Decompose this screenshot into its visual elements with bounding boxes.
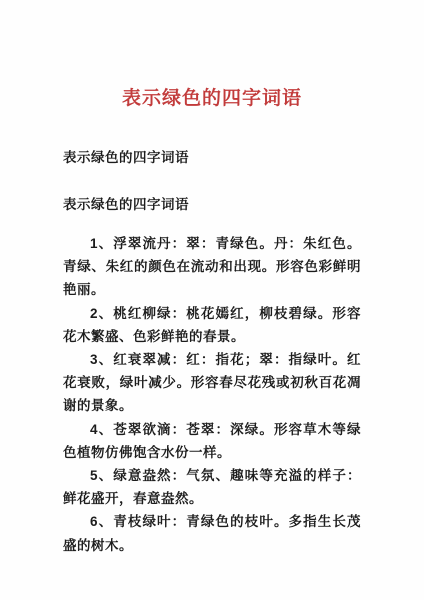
document-page: 表示绿色的四字词语 表示绿色的四字词语 表示绿色的四字词语 1、浮翠流丹：翠：青… <box>0 0 424 600</box>
document-title: 表示绿色的四字词语 <box>0 83 424 110</box>
definition-item: 3、红衰翠减：红：指花；翠：指绿叶。红花衰败，绿叶减少。形容春尽花残或初秋百花凋… <box>63 348 361 418</box>
definition-item: 5、绿意盎然：气氛、趣味等充溢的样子：鲜花盛开，春意盎然。 <box>63 464 361 510</box>
intro-paragraph: 表示绿色的四字词语 <box>63 146 363 166</box>
definition-item: 1、浮翠流丹：翠：青绿色。丹：朱红色。青绿、朱红的颜色在流动和出现。形容色彩鲜明… <box>63 232 361 302</box>
definition-list: 1、浮翠流丹：翠：青绿色。丹：朱红色。青绿、朱红的颜色在流动和出现。形容色彩鲜明… <box>63 232 361 557</box>
definition-item: 4、苍翠欲滴：苍翠：深绿。形容草木等绿色植物仿佛饱含水份一样。 <box>63 418 361 464</box>
intro-paragraph: 表示绿色的四字词语 <box>63 193 363 213</box>
definition-item: 2、桃红柳绿：桃花嫣红，柳枝碧绿。形容花木繁盛、色彩鲜艳的春景。 <box>63 302 361 348</box>
definition-item: 6、青枝绿叶：青绿色的枝叶。多指生长茂盛的树木。 <box>63 510 361 556</box>
